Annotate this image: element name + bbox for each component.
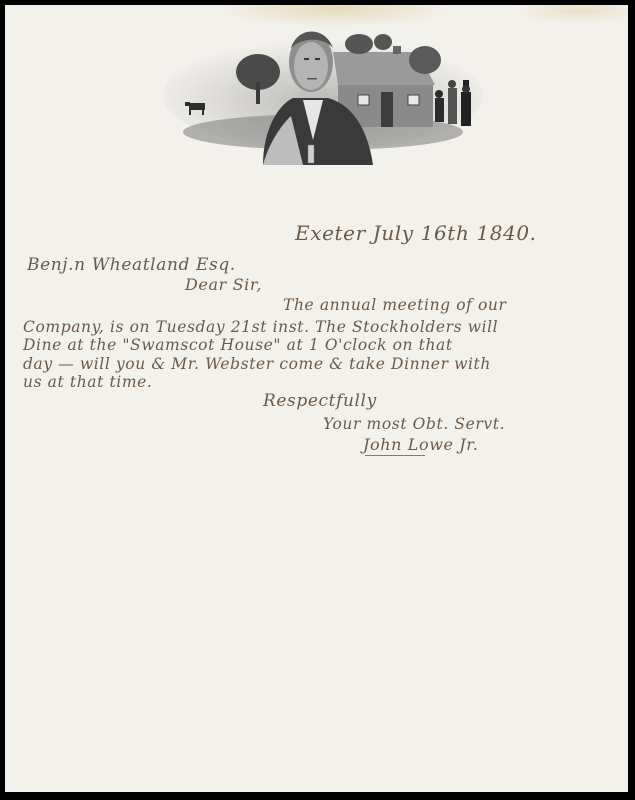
letter-dateline: Exeter July 16th 1840. xyxy=(295,221,537,245)
letter-body-line: day — will you & Mr. Webster come & take… xyxy=(23,355,491,373)
signature-flourish xyxy=(365,455,425,464)
letter-signature: John Lowe Jr. xyxy=(363,435,478,454)
letter-body-line: us at that time. xyxy=(23,373,152,391)
letter-body-line: The annual meeting of our xyxy=(283,296,507,314)
letter-body-line: Company, is on Tuesday 21st inst. The St… xyxy=(23,318,498,336)
letter-body-line: Dine at the "Swamscot House" at 1 O'cloc… xyxy=(23,336,453,354)
letterhead-vignette-engraving xyxy=(163,20,483,165)
letter-servant-line: Your most Obt. Servt. xyxy=(323,415,505,433)
letter-salutation: Dear Sir, xyxy=(185,275,262,294)
letter-closing: Respectfully xyxy=(263,391,377,411)
letter-addressee: Benj.n Wheatland Esq. xyxy=(27,255,236,275)
letter-paper: Exeter July 16th 1840. Benj.n Wheatland … xyxy=(5,5,628,792)
